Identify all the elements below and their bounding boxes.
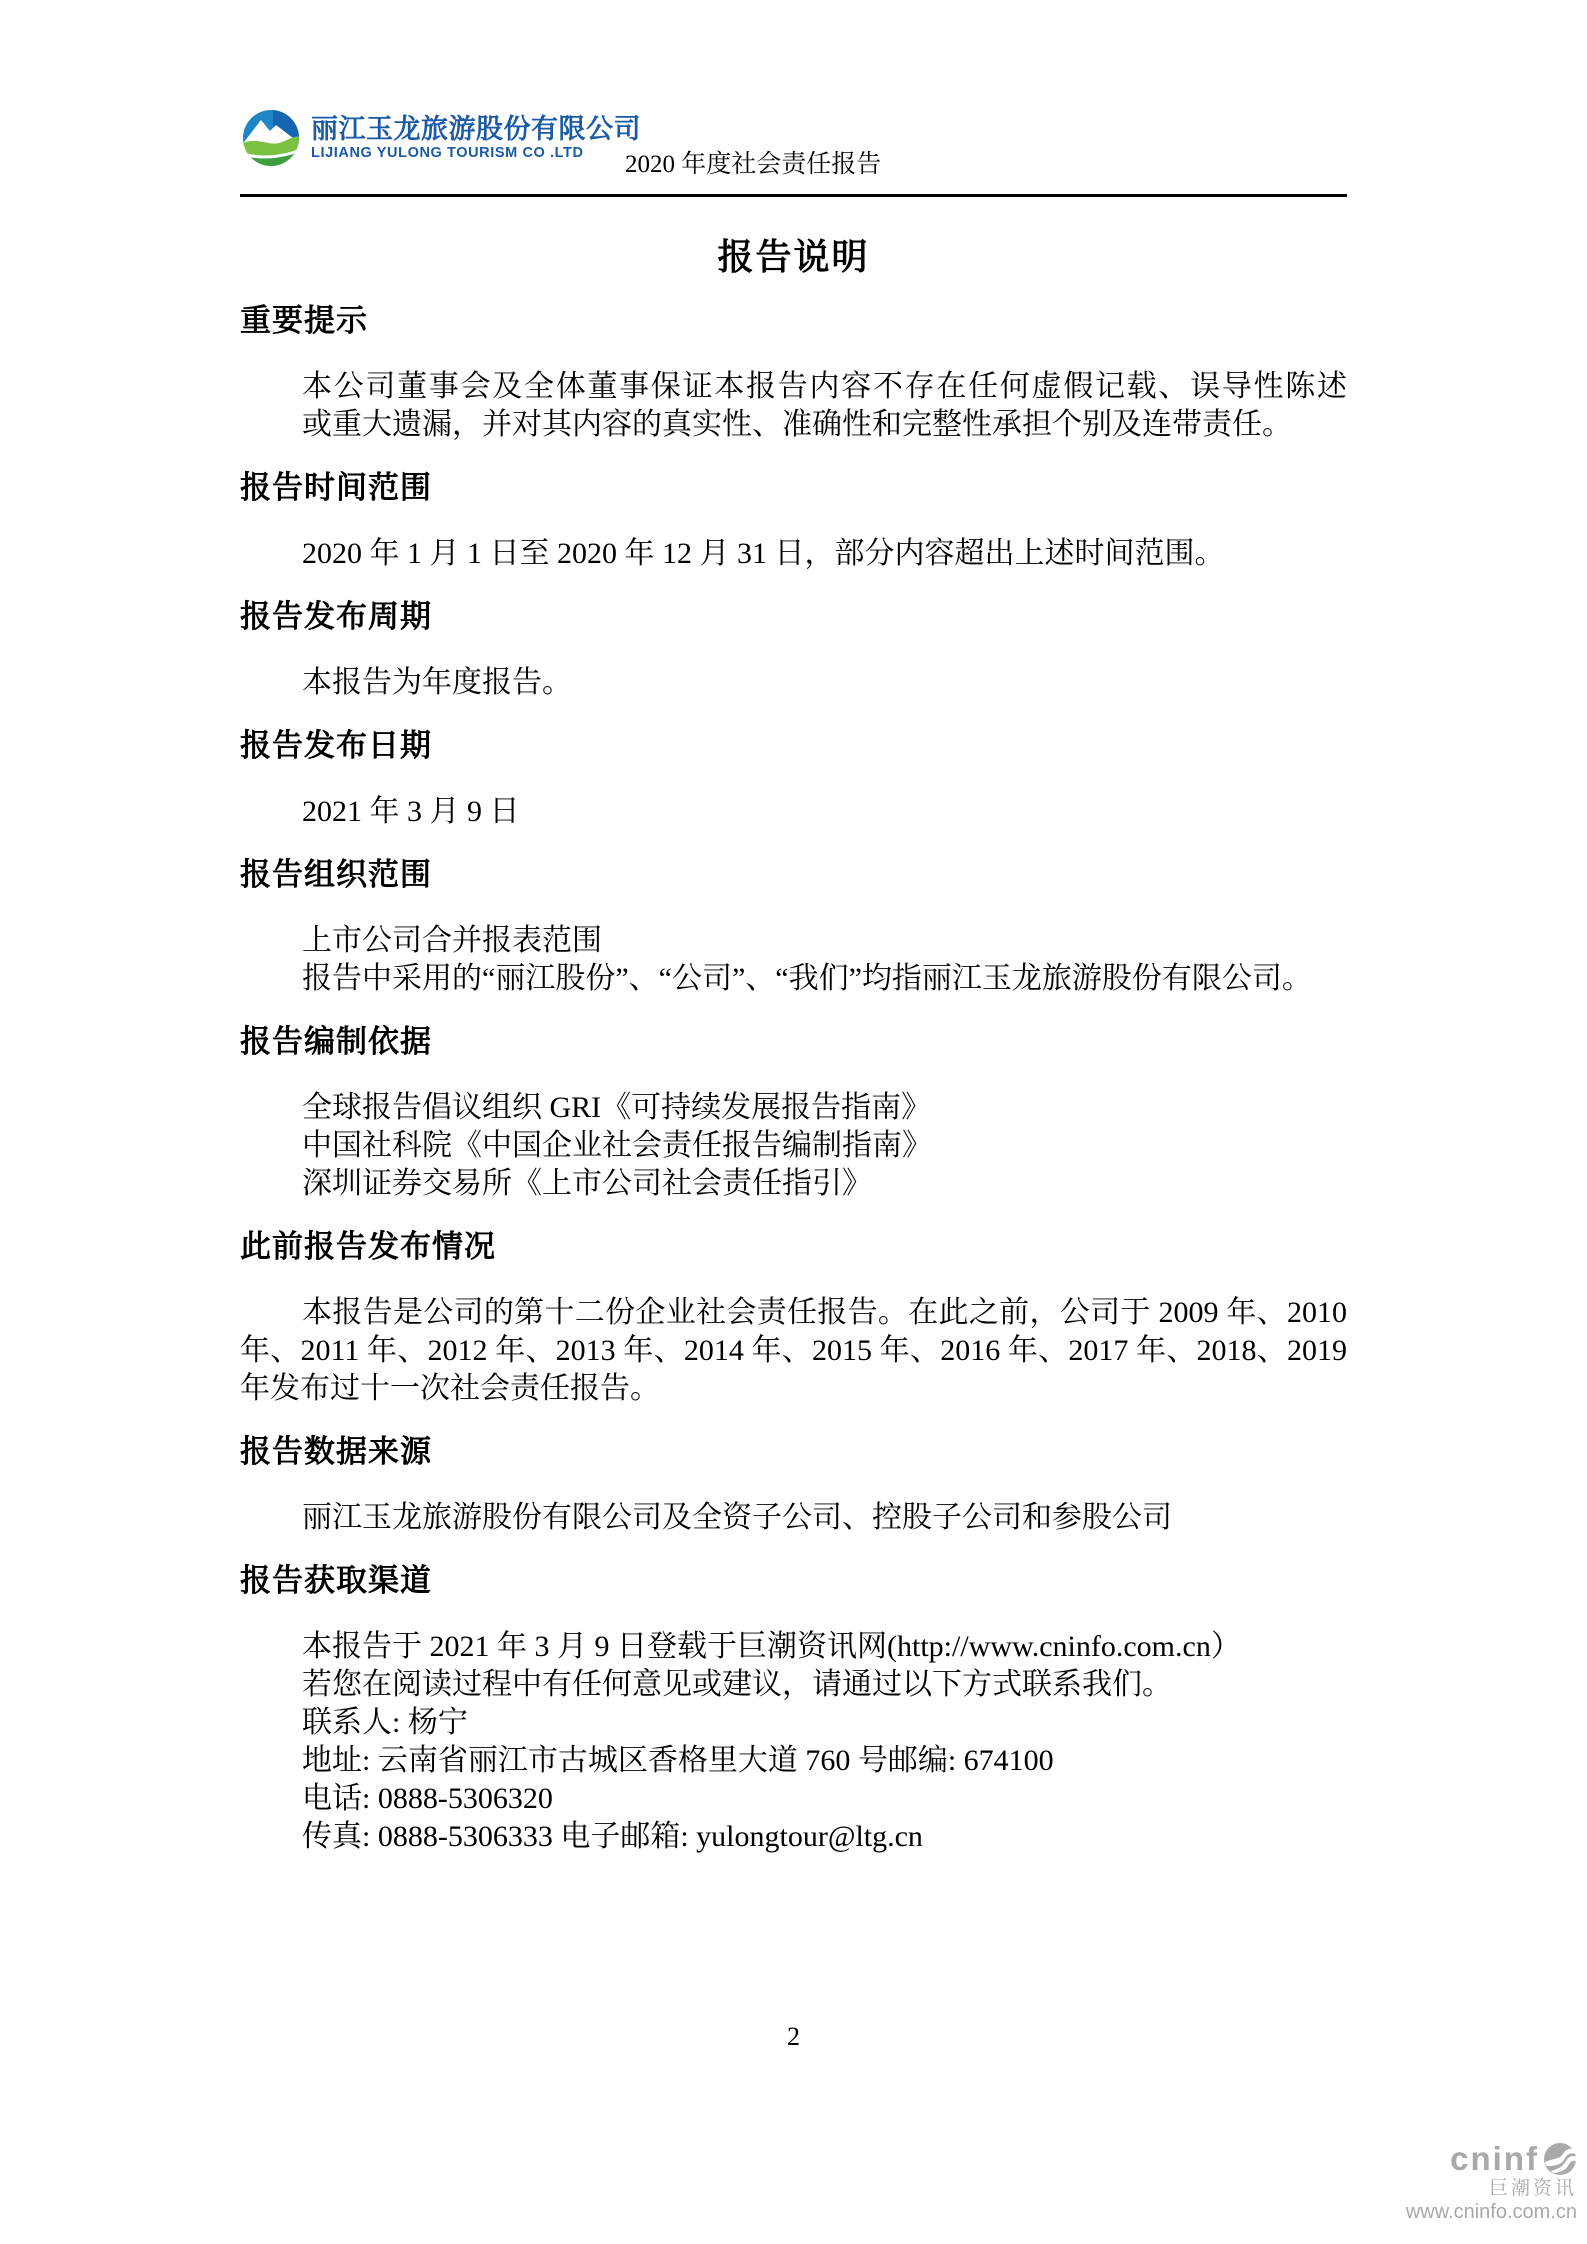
body-line: 丽江玉龙旅游股份有限公司及全资子公司、控股子公司和参股公司 — [240, 1499, 1347, 1537]
body-line: 联系人: 杨宁 — [240, 1704, 1347, 1742]
body-line: 本公司董事会及全体董事保证本报告内容不存在任何虚假记载、误导性陈述 — [240, 368, 1347, 406]
section-body: 2021 年 3 月 9 日 — [240, 793, 1347, 831]
report-section: 报告组织范围 上市公司合并报表范围报告中采用的“丽江股份”、“公司”、“我们”均… — [240, 857, 1347, 998]
page-header: 丽江玉龙旅游股份有限公司 LIJIANG YULONG TOURISM CO .… — [0, 0, 1587, 197]
body-line: 地址: 云南省丽江市古城区香格里大道 760 号邮编: 674100 — [240, 1742, 1347, 1780]
body-line: 2021 年 3 月 9 日 — [240, 793, 1347, 831]
section-heading: 报告发布日期 — [240, 728, 1347, 764]
sections-container: 重要提示 本公司董事会及全体董事保证本报告内容不存在任何虚假记载、误导性陈述或重… — [240, 303, 1347, 1856]
cninfo-brand-text: cninf — [1450, 2142, 1539, 2177]
page-number: 2 — [0, 2022, 1587, 2052]
section-body: 上市公司合并报表范围报告中采用的“丽江股份”、“公司”、“我们”均指丽江玉龙旅游… — [240, 922, 1347, 998]
body-line: 年发布过十一次社会责任报告。 — [240, 1370, 1347, 1408]
cninfo-site-cn: 巨潮资讯 — [1406, 2179, 1577, 2199]
report-section: 报告时间范围 2020 年 1 月 1 日至 2020 年 12 月 31 日，… — [240, 470, 1347, 573]
body-line: 报告中采用的“丽江股份”、“公司”、“我们”均指丽江玉龙旅游股份有限公司。 — [240, 960, 1347, 998]
report-section: 报告发布周期 本报告为年度报告。 — [240, 599, 1347, 702]
report-section: 报告获取渠道 本报告于 2021 年 3 月 9 日登载于巨潮资讯网(http:… — [240, 1563, 1347, 1856]
section-body: 本公司董事会及全体董事保证本报告内容不存在任何虚假记载、误导性陈述或重大遗漏，并… — [240, 368, 1347, 444]
cninfo-globe-icon — [1543, 2142, 1577, 2176]
section-heading: 报告时间范围 — [240, 470, 1347, 506]
section-heading: 此前报告发布情况 — [240, 1229, 1347, 1265]
company-name-block: 丽江玉龙旅游股份有限公司 LIJIANG YULONG TOURISM CO .… — [311, 114, 641, 162]
cninfo-site-url: www.cninfo.com.cn — [1406, 2202, 1577, 2223]
company-name-en: LIJIANG YULONG TOURISM CO .LTD — [311, 145, 641, 162]
body-line: 若您在阅读过程中有任何意见或建议，请通过以下方式联系我们。 — [240, 1666, 1347, 1704]
section-heading: 报告组织范围 — [240, 857, 1347, 893]
report-page: 丽江玉龙旅游股份有限公司 LIJIANG YULONG TOURISM CO .… — [0, 0, 1587, 2244]
report-edition-title: 2020 年度社会责任报告 — [625, 150, 881, 180]
body-line: 深圳证券交易所《上市公司社会责任指引》 — [240, 1165, 1347, 1203]
section-heading: 报告编制依据 — [240, 1024, 1347, 1060]
section-heading: 报告数据来源 — [240, 1434, 1347, 1470]
body-line: 年、2011 年、2012 年、2013 年、2014 年、2015 年、201… — [240, 1332, 1347, 1370]
body-line: 上市公司合并报表范围 — [240, 922, 1347, 960]
page-title: 报告说明 — [240, 237, 1347, 277]
report-section: 报告数据来源 丽江玉龙旅游股份有限公司及全资子公司、控股子公司和参股公司 — [240, 1434, 1347, 1537]
body-line: 或重大遗漏，并对其内容的真实性、准确性和完整性承担个别及连带责任。 — [240, 406, 1347, 444]
header-divider — [240, 194, 1347, 197]
cninfo-watermark: cninf 巨潮资讯 www.cninfo.com.cn — [1406, 2142, 1577, 2223]
section-heading: 报告获取渠道 — [240, 1563, 1347, 1599]
section-body: 2020 年 1 月 1 日至 2020 年 12 月 31 日，部分内容超出上… — [240, 535, 1347, 573]
body-line: 2020 年 1 月 1 日至 2020 年 12 月 31 日，部分内容超出上… — [240, 535, 1347, 573]
section-body: 全球报告倡议组织 GRI《可持续发展报告指南》中国社科院《中国企业社会责任报告编… — [240, 1089, 1347, 1203]
report-section: 报告编制依据 全球报告倡议组织 GRI《可持续发展报告指南》中国社科院《中国企业… — [240, 1024, 1347, 1203]
section-body: 丽江玉龙旅游股份有限公司及全资子公司、控股子公司和参股公司 — [240, 1499, 1347, 1537]
cninfo-brand-row: cninf — [1406, 2142, 1577, 2177]
section-body: 本报告为年度报告。 — [240, 664, 1347, 702]
report-section: 重要提示 本公司董事会及全体董事保证本报告内容不存在任何虚假记载、误导性陈述或重… — [240, 303, 1347, 444]
section-body: 本报告于 2021 年 3 月 9 日登载于巨潮资讯网(http://www.c… — [240, 1628, 1347, 1856]
section-heading: 报告发布周期 — [240, 599, 1347, 635]
body-line: 中国社科院《中国企业社会责任报告编制指南》 — [240, 1127, 1347, 1165]
body-line: 本报告于 2021 年 3 月 9 日登载于巨潮资讯网(http://www.c… — [240, 1628, 1347, 1666]
body-line: 传真: 0888-5306333 电子邮箱: yulongtour@ltg.cn — [240, 1818, 1347, 1856]
body-line: 本报告为年度报告。 — [240, 664, 1347, 702]
body-line: 全球报告倡议组织 GRI《可持续发展报告指南》 — [240, 1089, 1347, 1127]
company-logo-icon — [243, 110, 299, 166]
body-line: 电话: 0888-5306320 — [240, 1780, 1347, 1818]
report-section: 此前报告发布情况 本报告是公司的第十二份企业社会责任报告。在此之前，公司于 20… — [240, 1229, 1347, 1408]
body-line: 本报告是公司的第十二份企业社会责任报告。在此之前，公司于 2009 年、2010 — [240, 1294, 1347, 1332]
section-body: 本报告是公司的第十二份企业社会责任报告。在此之前，公司于 2009 年、2010… — [240, 1294, 1347, 1408]
section-heading: 重要提示 — [240, 303, 1347, 339]
report-section: 报告发布日期 2021 年 3 月 9 日 — [240, 728, 1347, 831]
company-name-cn: 丽江玉龙旅游股份有限公司 — [311, 114, 641, 145]
